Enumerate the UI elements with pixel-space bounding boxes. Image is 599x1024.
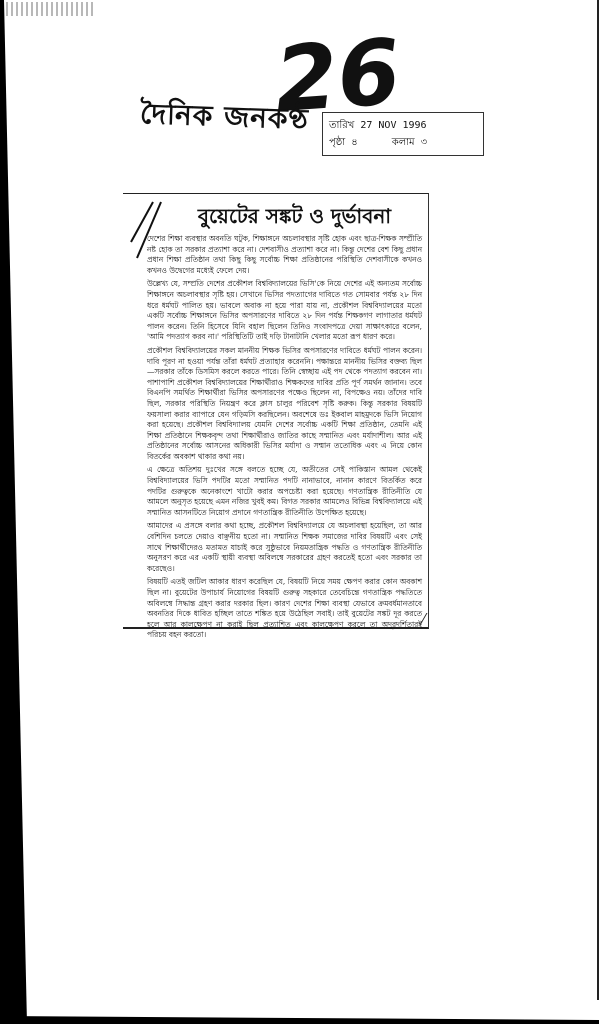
stamp-date-row: তারিখ 27 NOV 1996 <box>329 117 477 134</box>
stamp-date-value: 27 NOV 1996 <box>360 117 426 134</box>
stamp-page-label: পৃষ্ঠা <box>329 134 345 151</box>
scan-border-left <box>0 0 27 1024</box>
pen-slash-mark-icon <box>127 200 163 260</box>
article-headline: বুয়েটের সঙ্কট ও দুর্ভাবনা <box>167 204 422 228</box>
stamp-page-value: ৪ <box>351 134 358 151</box>
article-paragraph: এ ক্ষেত্রে অতিশয় দুঃখের সঙ্গে বলতে হচ্ছ… <box>147 465 422 518</box>
stamp-date-label: তারিখ <box>329 117 354 134</box>
newspaper-masthead: দৈনিক জনকণ্ঠ <box>139 92 309 145</box>
stamp-column-label: কলাম <box>392 134 415 151</box>
stamp-page-row: পৃষ্ঠা ৪ কলাম ৩ <box>329 134 477 151</box>
article-clipping: বুয়েটের সঙ্কট ও দুর্ভাবনা দেশের শিক্ষা … <box>123 193 429 629</box>
article-paragraph: বিষয়টি এতই জটিল আকার ধারণ করেছিল যে, বি… <box>147 577 422 641</box>
article-paragraph: উল্লেখ্য যে, সম্প্রতি দেশের প্রকৌশল বিশ্… <box>147 279 422 343</box>
article-paragraph: প্রকৌশল বিশ্ববিদ্যালয়ের সকল মাননীয় শিক… <box>147 346 422 463</box>
stamp-column-value: ৩ <box>421 134 428 151</box>
date-stamp: তারিখ 27 NOV 1996 পৃষ্ঠা ৪ কলাম ৩ <box>322 112 484 156</box>
scan-noise <box>6 2 96 16</box>
article-paragraph: আমাদের এ প্রসঙ্গে বলার কথা হচ্ছে, প্রকৌশ… <box>147 521 422 574</box>
scan-border-bottom <box>0 1016 599 1024</box>
article-paragraph: দেশের শিক্ষা ব্যবস্থার অবনতি ঘটুক, শিক্ষ… <box>147 234 422 276</box>
